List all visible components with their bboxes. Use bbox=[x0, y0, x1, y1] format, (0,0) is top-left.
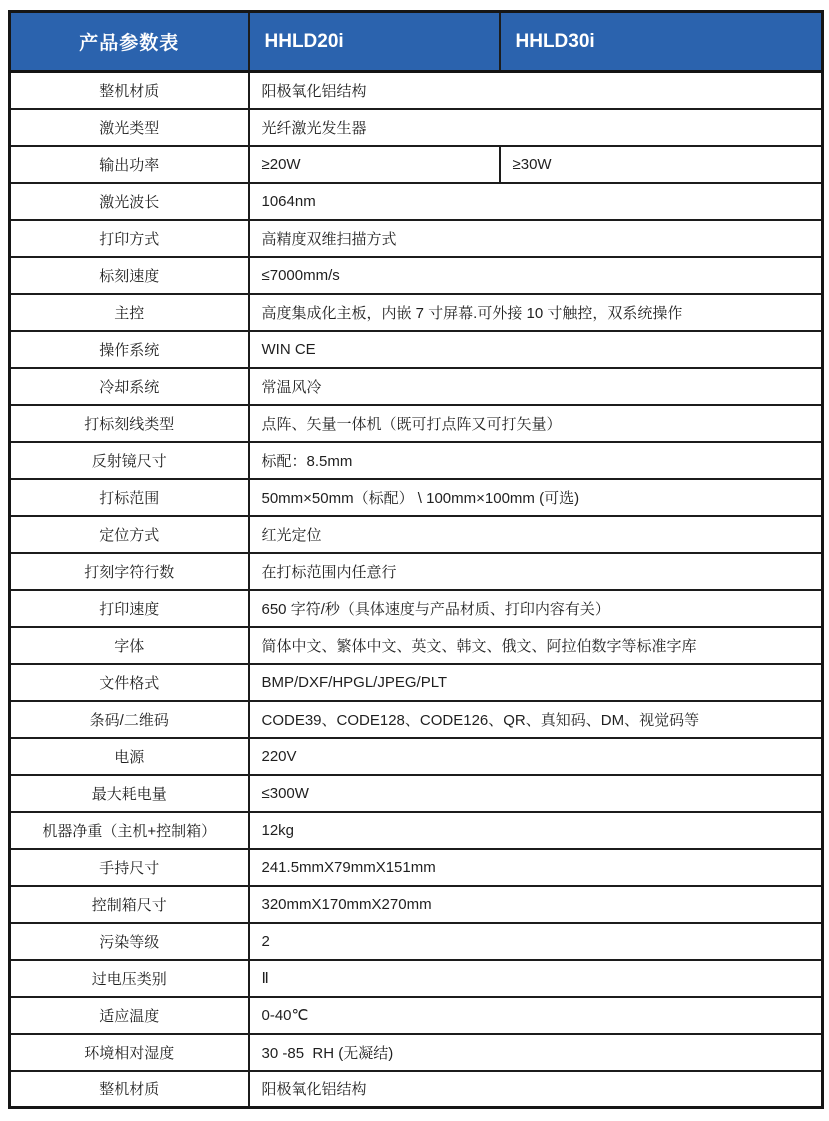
table-row: 打印速度650 字符/秒（具体速度与产品材质、打印内容有关） bbox=[10, 590, 823, 627]
spec-value: BMP/DXF/HPGL/JPEG/PLT bbox=[249, 664, 823, 701]
spec-value: CODE39、CODE128、CODE126、QR、真知码、DM、视觉码等 bbox=[249, 701, 823, 738]
table-row: 最大耗电量≤300W bbox=[10, 775, 823, 812]
spec-value: 2 bbox=[249, 923, 823, 960]
spec-label: 标刻速度 bbox=[10, 257, 249, 294]
table-title: 产品参数表 bbox=[10, 12, 249, 72]
spec-value: 50mm×50mm（标配） \ 100mm×100mm (可选) bbox=[249, 479, 823, 516]
table-row: 操作系统WIN CE bbox=[10, 331, 823, 368]
spec-label: 主控 bbox=[10, 294, 249, 331]
table-row: 过电压类别Ⅱ bbox=[10, 960, 823, 997]
table-row: 定位方式红光定位 bbox=[10, 516, 823, 553]
spec-value: 点阵、矢量一体机（既可打点阵又可打矢量） bbox=[249, 405, 823, 442]
spec-value: 高度集成化主板，内嵌 7 寸屏幕.可外接 10 寸触控，双系统操作 bbox=[249, 294, 823, 331]
table-row: 反射镜尺寸标配：8.5mm bbox=[10, 442, 823, 479]
product-spec-table: 产品参数表 HHLD20i HHLD30i 整机材质阳极氧化铝结构激光类型光纤激… bbox=[8, 10, 824, 1109]
table-row: 打标刻线类型点阵、矢量一体机（既可打点阵又可打矢量） bbox=[10, 405, 823, 442]
spec-sheet-page: 产品参数表 HHLD20i HHLD30i 整机材质阳极氧化铝结构激光类型光纤激… bbox=[0, 0, 829, 1121]
spec-value: 0-40℃ bbox=[249, 997, 823, 1034]
header-row: 产品参数表 HHLD20i HHLD30i bbox=[10, 12, 823, 72]
spec-label: 反射镜尺寸 bbox=[10, 442, 249, 479]
spec-value: 320mmX170mmX270mm bbox=[249, 886, 823, 923]
spec-value: ≥30W bbox=[500, 146, 823, 183]
spec-label: 字体 bbox=[10, 627, 249, 664]
spec-label: 电源 bbox=[10, 738, 249, 775]
table-row: 打刻字符行数在打标范围内任意行 bbox=[10, 553, 823, 590]
spec-label: 适应温度 bbox=[10, 997, 249, 1034]
table-row: 机器净重（主机+控制箱）12kg bbox=[10, 812, 823, 849]
spec-label: 整机材质 bbox=[10, 72, 249, 109]
spec-label: 环境相对湿度 bbox=[10, 1034, 249, 1071]
spec-table-body: 整机材质阳极氧化铝结构激光类型光纤激光发生器输出功率≥20W≥30W激光波长10… bbox=[10, 72, 823, 1108]
spec-label: 操作系统 bbox=[10, 331, 249, 368]
spec-label: 打印方式 bbox=[10, 220, 249, 257]
spec-label: 打刻字符行数 bbox=[10, 553, 249, 590]
table-row: 文件格式BMP/DXF/HPGL/JPEG/PLT bbox=[10, 664, 823, 701]
spec-value: ≥20W bbox=[249, 146, 500, 183]
spec-label: 整机材质 bbox=[10, 1071, 249, 1108]
spec-label: 打标范围 bbox=[10, 479, 249, 516]
spec-value: Ⅱ bbox=[249, 960, 823, 997]
table-row: 激光类型光纤激光发生器 bbox=[10, 109, 823, 146]
spec-label: 最大耗电量 bbox=[10, 775, 249, 812]
spec-value: 在打标范围内任意行 bbox=[249, 553, 823, 590]
spec-value: 简体中文、繁体中文、英文、韩文、俄文、阿拉伯数字等标准字库 bbox=[249, 627, 823, 664]
table-row: 标刻速度≤7000mm/s bbox=[10, 257, 823, 294]
spec-label: 冷却系统 bbox=[10, 368, 249, 405]
spec-value: 650 字符/秒（具体速度与产品材质、打印内容有关） bbox=[249, 590, 823, 627]
spec-label: 激光波长 bbox=[10, 183, 249, 220]
spec-value: 30 -85 RH (无凝结) bbox=[249, 1034, 823, 1071]
table-row: 打标范围50mm×50mm（标配） \ 100mm×100mm (可选) bbox=[10, 479, 823, 516]
table-row: 控制箱尺寸320mmX170mmX270mm bbox=[10, 886, 823, 923]
spec-value: ≤7000mm/s bbox=[249, 257, 823, 294]
table-row: 冷却系统常温风冷 bbox=[10, 368, 823, 405]
table-row: 输出功率≥20W≥30W bbox=[10, 146, 823, 183]
spec-label: 文件格式 bbox=[10, 664, 249, 701]
table-row: 字体简体中文、繁体中文、英文、韩文、俄文、阿拉伯数字等标准字库 bbox=[10, 627, 823, 664]
table-row: 环境相对湿度30 -85 RH (无凝结) bbox=[10, 1034, 823, 1071]
spec-value: ≤300W bbox=[249, 775, 823, 812]
table-row: 激光波长1064nm bbox=[10, 183, 823, 220]
spec-label: 定位方式 bbox=[10, 516, 249, 553]
spec-label: 污染等级 bbox=[10, 923, 249, 960]
table-row: 整机材质阳极氧化铝结构 bbox=[10, 72, 823, 109]
spec-value: 阳极氧化铝结构 bbox=[249, 1071, 823, 1108]
spec-value: 12kg bbox=[249, 812, 823, 849]
model-header-hhld30i: HHLD30i bbox=[500, 12, 823, 72]
spec-label: 手持尺寸 bbox=[10, 849, 249, 886]
spec-label: 输出功率 bbox=[10, 146, 249, 183]
spec-value: 高精度双维扫描方式 bbox=[249, 220, 823, 257]
table-row: 污染等级2 bbox=[10, 923, 823, 960]
table-row: 适应温度0-40℃ bbox=[10, 997, 823, 1034]
spec-label: 激光类型 bbox=[10, 109, 249, 146]
table-row: 手持尺寸241.5mmX79mmX151mm bbox=[10, 849, 823, 886]
spec-label: 打印速度 bbox=[10, 590, 249, 627]
spec-value: 241.5mmX79mmX151mm bbox=[249, 849, 823, 886]
table-row: 电源220V bbox=[10, 738, 823, 775]
spec-label: 条码/二维码 bbox=[10, 701, 249, 738]
spec-value: 红光定位 bbox=[249, 516, 823, 553]
spec-value: 常温风冷 bbox=[249, 368, 823, 405]
table-row: 主控高度集成化主板，内嵌 7 寸屏幕.可外接 10 寸触控，双系统操作 bbox=[10, 294, 823, 331]
table-row: 打印方式高精度双维扫描方式 bbox=[10, 220, 823, 257]
table-row: 整机材质阳极氧化铝结构 bbox=[10, 1071, 823, 1108]
spec-label: 机器净重（主机+控制箱） bbox=[10, 812, 249, 849]
spec-value: 阳极氧化铝结构 bbox=[249, 72, 823, 109]
spec-value: 220V bbox=[249, 738, 823, 775]
spec-label: 控制箱尺寸 bbox=[10, 886, 249, 923]
spec-value: 标配：8.5mm bbox=[249, 442, 823, 479]
spec-value: 1064nm bbox=[249, 183, 823, 220]
spec-label: 过电压类别 bbox=[10, 960, 249, 997]
table-row: 条码/二维码CODE39、CODE128、CODE126、QR、真知码、DM、视… bbox=[10, 701, 823, 738]
spec-value: 光纤激光发生器 bbox=[249, 109, 823, 146]
spec-label: 打标刻线类型 bbox=[10, 405, 249, 442]
spec-value: WIN CE bbox=[249, 331, 823, 368]
model-header-hhld20i: HHLD20i bbox=[249, 12, 500, 72]
